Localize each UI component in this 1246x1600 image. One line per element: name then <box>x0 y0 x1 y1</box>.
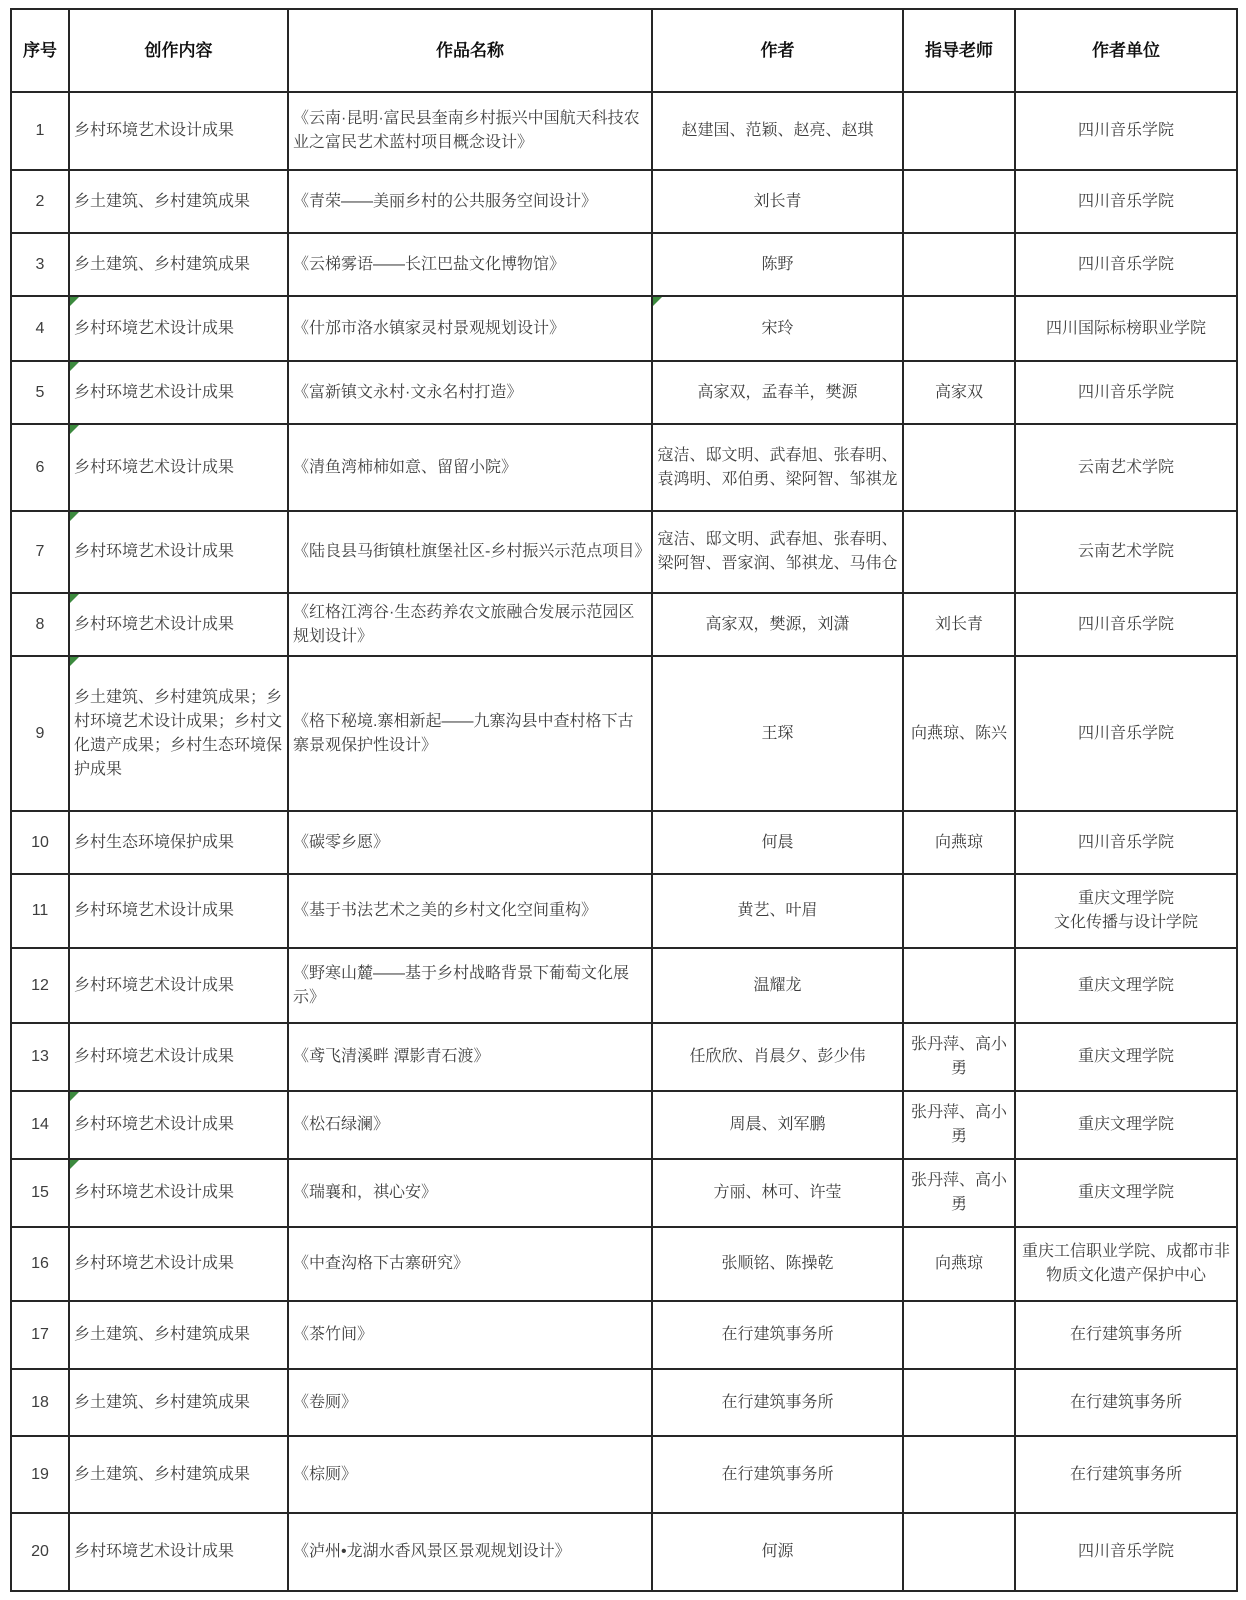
cell-unit: 四川音乐学院 <box>1015 593 1237 656</box>
cell-no: 20 <box>11 1513 69 1591</box>
table-row: 8乡村环境艺术设计成果《红格江湾谷·生态药养农文旅融合发展示范园区规划设计》高家… <box>11 593 1237 656</box>
cell-text: 乡土建筑、乡村建筑成果；乡村环境艺术设计成果；乡村文化遗产成果；乡村生态环境保护… <box>74 689 282 778</box>
cell-error-marker-icon <box>70 425 79 434</box>
cell-text: 乡村环境艺术设计成果 <box>74 1184 234 1201</box>
cell-text: 4 <box>36 320 45 337</box>
cell-text: 张丹萍、高小勇 <box>911 1036 1007 1077</box>
cell-title: 《茶竹间》 <box>288 1301 652 1369</box>
cell-advisor: 张丹萍、高小勇 <box>903 1091 1015 1159</box>
cell-advisor <box>903 1436 1015 1513</box>
cell-no: 18 <box>11 1369 69 1436</box>
column-header-unit: 作者单位 <box>1015 9 1237 92</box>
table-row: 18乡土建筑、乡村建筑成果《卷厕》在行建筑事务所在行建筑事务所 <box>11 1369 1237 1436</box>
cell-title: 《基于书法艺术之美的乡村文化空间重构》 <box>288 874 652 948</box>
cell-text: 四川音乐学院 <box>1078 122 1174 139</box>
cell-text: 《什邡市洛水镇家灵村景观规划设计》 <box>293 320 565 337</box>
column-header-content: 创作内容 <box>69 9 288 92</box>
cell-title: 《陆良县马街镇杜旗堡社区-乡村振兴示范点项目》 <box>288 511 652 593</box>
cell-advisor <box>903 170 1015 233</box>
cell-text: 何源 <box>761 1543 793 1560</box>
cell-text: 《碳零乡愿》 <box>293 834 389 851</box>
cell-text: 《云梯雾语——长江巴盐文化博物馆》 <box>293 256 565 273</box>
cell-text: 《格下秘境.寨相新起——九寨沟县中查村格下古寨景观保护性设计》 <box>293 713 633 754</box>
cell-no: 8 <box>11 593 69 656</box>
cell-text: 《卷厕》 <box>293 1394 357 1411</box>
table-row: 15乡村环境艺术设计成果《瑞襄和，祺心安》方丽、林可、许莹张丹萍、高小勇重庆文理… <box>11 1159 1237 1227</box>
cell-text: 12 <box>31 977 49 994</box>
cell-text: 1 <box>36 122 45 139</box>
cell-content: 乡村环境艺术设计成果 <box>69 1091 288 1159</box>
cell-text: 王琛 <box>761 725 793 742</box>
cell-content: 乡土建筑、乡村建筑成果 <box>69 1436 288 1513</box>
cell-text: 2 <box>36 193 45 210</box>
cell-authors: 周晨、刘军鹏 <box>652 1091 903 1159</box>
cell-advisor: 张丹萍、高小勇 <box>903 1023 1015 1091</box>
cell-content: 乡村环境艺术设计成果 <box>69 296 288 361</box>
cell-text: 《泸州•龙湖水香风景区景观规划设计》 <box>293 1543 571 1560</box>
cell-text: 18 <box>31 1394 49 1411</box>
table-row: 20乡村环境艺术设计成果《泸州•龙湖水香风景区景观规划设计》何源四川音乐学院 <box>11 1513 1237 1591</box>
cell-content: 乡土建筑、乡村建筑成果 <box>69 1369 288 1436</box>
cell-advisor: 高家双 <box>903 361 1015 424</box>
cell-unit: 四川国际标榜职业学院 <box>1015 296 1237 361</box>
cell-text: 宋玲 <box>761 320 793 337</box>
cell-text: 四川音乐学院 <box>1078 834 1174 851</box>
cell-title: 《泸州•龙湖水香风景区景观规划设计》 <box>288 1513 652 1591</box>
cell-title: 《棕厕》 <box>288 1436 652 1513</box>
table-row: 7乡村环境艺术设计成果《陆良县马街镇杜旗堡社区-乡村振兴示范点项目》寇洁、邸文明… <box>11 511 1237 593</box>
cell-text: 任欣欣、肖晨夕、彭少伟 <box>689 1048 865 1065</box>
cell-text: 重庆文理学院 <box>1078 1116 1174 1133</box>
cell-text: 高家双，樊源，刘潇 <box>705 616 849 633</box>
cell-text: 四川音乐学院 <box>1078 384 1174 401</box>
cell-text: 乡土建筑、乡村建筑成果 <box>74 1394 250 1411</box>
cell-text: 重庆文理学院 文化传播与设计学院 <box>1054 890 1198 931</box>
cell-title: 《清鱼湾柿柿如意、留留小院》 <box>288 424 652 511</box>
cell-unit: 四川音乐学院 <box>1015 656 1237 811</box>
cell-text: 14 <box>31 1116 49 1133</box>
cell-unit: 四川音乐学院 <box>1015 92 1237 170</box>
cell-title: 《青荣——美丽乡村的公共服务空间设计》 <box>288 170 652 233</box>
cell-text: 四川音乐学院 <box>1078 725 1174 742</box>
cell-advisor: 向燕琼 <box>903 1227 1015 1301</box>
page: 序号创作内容作品名称作者指导老师作者单位 1乡村环境艺术设计成果《云南·昆明·富… <box>0 0 1246 1600</box>
cell-advisor <box>903 874 1015 948</box>
cell-text: 重庆文理学院 <box>1078 1184 1174 1201</box>
cell-no: 2 <box>11 170 69 233</box>
cell-text: 乡土建筑、乡村建筑成果 <box>74 1326 250 1343</box>
cell-advisor <box>903 1301 1015 1369</box>
cell-text: 在行建筑事务所 <box>721 1466 833 1483</box>
cell-text: 向燕琼 <box>935 834 983 851</box>
cell-authors: 在行建筑事务所 <box>652 1436 903 1513</box>
cell-text: 在行建筑事务所 <box>721 1326 833 1343</box>
cell-text: 9 <box>36 725 45 742</box>
cell-no: 7 <box>11 511 69 593</box>
cell-authors: 张顺铭、陈操乾 <box>652 1227 903 1301</box>
cell-text: 刘长青 <box>935 616 983 633</box>
cell-unit: 在行建筑事务所 <box>1015 1369 1237 1436</box>
cell-authors: 王琛 <box>652 656 903 811</box>
cell-no: 3 <box>11 233 69 296</box>
cell-text: 《瑞襄和，祺心安》 <box>293 1184 437 1201</box>
cell-text: 陈野 <box>761 256 793 273</box>
table-row: 6乡村环境艺术设计成果《清鱼湾柿柿如意、留留小院》寇洁、邸文明、武春旭、张春明、… <box>11 424 1237 511</box>
table-row: 13乡村环境艺术设计成果《鸢飞清溪畔 潭影青石渡》任欣欣、肖晨夕、彭少伟张丹萍、… <box>11 1023 1237 1091</box>
cell-text: 在行建筑事务所 <box>1070 1466 1182 1483</box>
cell-content: 乡土建筑、乡村建筑成果 <box>69 170 288 233</box>
table-row: 11乡村环境艺术设计成果《基于书法艺术之美的乡村文化空间重构》黄艺、叶眉重庆文理… <box>11 874 1237 948</box>
cell-text: 《野寒山麓——基于乡村战略背景下葡萄文化展示》 <box>293 965 629 1006</box>
cell-title: 《卷厕》 <box>288 1369 652 1436</box>
cell-error-marker-icon <box>70 362 79 371</box>
cell-text: 13 <box>31 1048 49 1065</box>
cell-advisor: 刘长青 <box>903 593 1015 656</box>
table-row: 17乡土建筑、乡村建筑成果《茶竹间》在行建筑事务所在行建筑事务所 <box>11 1301 1237 1369</box>
cell-text: 黄艺、叶眉 <box>737 902 817 919</box>
cell-text: 乡村生态环境保护成果 <box>74 834 234 851</box>
cell-authors: 宋玲 <box>652 296 903 361</box>
table-row: 2乡土建筑、乡村建筑成果《青荣——美丽乡村的公共服务空间设计》刘长青四川音乐学院 <box>11 170 1237 233</box>
cell-title: 《瑞襄和，祺心安》 <box>288 1159 652 1227</box>
table-row: 4乡村环境艺术设计成果《什邡市洛水镇家灵村景观规划设计》宋玲四川国际标榜职业学院 <box>11 296 1237 361</box>
cell-advisor <box>903 948 1015 1023</box>
cell-text: 《富新镇文永村·文永名村打造》 <box>293 384 522 401</box>
cell-content: 乡村环境艺术设计成果 <box>69 511 288 593</box>
cell-title: 《什邡市洛水镇家灵村景观规划设计》 <box>288 296 652 361</box>
cell-text: 《陆良县马街镇杜旗堡社区-乡村振兴示范点项目》 <box>293 543 650 560</box>
cell-text: 《鸢飞清溪畔 潭影青石渡》 <box>293 1048 489 1065</box>
cell-unit: 四川音乐学院 <box>1015 811 1237 874</box>
cell-text: 20 <box>31 1543 49 1560</box>
cell-no: 17 <box>11 1301 69 1369</box>
cell-no: 10 <box>11 811 69 874</box>
cell-text: 乡村环境艺术设计成果 <box>74 122 234 139</box>
cell-text: 乡村环境艺术设计成果 <box>74 459 234 476</box>
cell-content: 乡土建筑、乡村建筑成果 <box>69 233 288 296</box>
cell-text: 重庆工信职业学院、成都市非物质文化遗产保护中心 <box>1022 1243 1230 1284</box>
cell-unit: 云南艺术学院 <box>1015 424 1237 511</box>
cell-text: 《红格江湾谷·生态药养农文旅融合发展示范园区规划设计》 <box>293 604 634 645</box>
cell-content: 乡村环境艺术设计成果 <box>69 424 288 511</box>
cell-text: 四川音乐学院 <box>1078 256 1174 273</box>
cell-text: 《棕厕》 <box>293 1466 357 1483</box>
cell-advisor <box>903 296 1015 361</box>
cell-no: 16 <box>11 1227 69 1301</box>
cell-no: 12 <box>11 948 69 1023</box>
cell-title: 《鸢飞清溪畔 潭影青石渡》 <box>288 1023 652 1091</box>
works-table: 序号创作内容作品名称作者指导老师作者单位 1乡村环境艺术设计成果《云南·昆明·富… <box>10 8 1238 1592</box>
cell-text: 《清鱼湾柿柿如意、留留小院》 <box>293 459 517 476</box>
cell-error-marker-icon <box>70 657 79 666</box>
cell-advisor <box>903 92 1015 170</box>
cell-unit: 重庆文理学院 <box>1015 1091 1237 1159</box>
cell-content: 乡村生态环境保护成果 <box>69 811 288 874</box>
cell-authors: 方丽、林可、许莹 <box>652 1159 903 1227</box>
cell-text: 高家双，孟春羊，樊源 <box>697 384 857 401</box>
cell-authors: 赵建国、范颖、赵亮、赵琪 <box>652 92 903 170</box>
cell-unit: 四川音乐学院 <box>1015 361 1237 424</box>
cell-title: 《云南·昆明·富民县奎南乡村振兴中国航天科技农业之富民艺术蓝村项目概念设计》 <box>288 92 652 170</box>
cell-content: 乡村环境艺术设计成果 <box>69 1159 288 1227</box>
cell-error-marker-icon <box>70 1160 79 1169</box>
cell-text: 17 <box>31 1326 49 1343</box>
cell-advisor: 向燕琼 <box>903 811 1015 874</box>
cell-text: 重庆文理学院 <box>1078 977 1174 994</box>
cell-authors: 寇洁、邸文明、武春旭、张春明、梁阿智、晋家润、邹祺龙、马伟仓 <box>652 511 903 593</box>
column-header-title: 作品名称 <box>288 9 652 92</box>
cell-error-marker-icon <box>70 297 79 306</box>
cell-title: 《富新镇文永村·文永名村打造》 <box>288 361 652 424</box>
cell-text: 《中查沟格下古寨研究》 <box>293 1255 469 1272</box>
cell-authors: 陈野 <box>652 233 903 296</box>
cell-unit: 重庆文理学院 <box>1015 948 1237 1023</box>
cell-text: 10 <box>31 834 49 851</box>
cell-text: 乡村环境艺术设计成果 <box>74 1048 234 1065</box>
cell-text: 6 <box>36 459 45 476</box>
cell-content: 乡村环境艺术设计成果 <box>69 948 288 1023</box>
cell-no: 19 <box>11 1436 69 1513</box>
cell-unit: 四川音乐学院 <box>1015 233 1237 296</box>
cell-advisor <box>903 233 1015 296</box>
cell-error-marker-icon <box>653 297 662 306</box>
cell-title: 《碳零乡愿》 <box>288 811 652 874</box>
table-row: 14乡村环境艺术设计成果《松石绿澜》周晨、刘军鹏张丹萍、高小勇重庆文理学院 <box>11 1091 1237 1159</box>
cell-text: 《云南·昆明·富民县奎南乡村振兴中国航天科技农业之富民艺术蓝村项目概念设计》 <box>293 110 640 151</box>
cell-content: 乡村环境艺术设计成果 <box>69 1227 288 1301</box>
cell-text: 何晨 <box>761 834 793 851</box>
cell-advisor <box>903 511 1015 593</box>
cell-no: 1 <box>11 92 69 170</box>
table-row: 10乡村生态环境保护成果《碳零乡愿》何晨向燕琼四川音乐学院 <box>11 811 1237 874</box>
cell-text: 15 <box>31 1184 49 1201</box>
cell-authors: 寇洁、邸文明、武春旭、张春明、袁鸿明、邓伯勇、梁阿智、邹祺龙 <box>652 424 903 511</box>
table-body: 1乡村环境艺术设计成果《云南·昆明·富民县奎南乡村振兴中国航天科技农业之富民艺术… <box>11 92 1237 1591</box>
cell-text: 8 <box>36 616 45 633</box>
cell-title: 《中查沟格下古寨研究》 <box>288 1227 652 1301</box>
table-row: 1乡村环境艺术设计成果《云南·昆明·富民县奎南乡村振兴中国航天科技农业之富民艺术… <box>11 92 1237 170</box>
cell-authors: 高家双，樊源，刘潇 <box>652 593 903 656</box>
cell-content: 乡村环境艺术设计成果 <box>69 1513 288 1591</box>
cell-advisor <box>903 1369 1015 1436</box>
cell-text: 《松石绿澜》 <box>293 1116 389 1133</box>
cell-text: 张顺铭、陈操乾 <box>721 1255 833 1272</box>
cell-text: 乡村环境艺术设计成果 <box>74 977 234 994</box>
cell-text: 16 <box>31 1255 49 1272</box>
cell-content: 乡村环境艺术设计成果 <box>69 874 288 948</box>
cell-no: 14 <box>11 1091 69 1159</box>
cell-text: 四川音乐学院 <box>1078 193 1174 210</box>
cell-advisor: 向燕琼、陈兴 <box>903 656 1015 811</box>
cell-error-marker-icon <box>70 594 79 603</box>
cell-error-marker-icon <box>70 1092 79 1101</box>
cell-text: 寇洁、邸文明、武春旭、张春明、袁鸿明、邓伯勇、梁阿智、邹祺龙 <box>657 447 897 488</box>
cell-text: 乡村环境艺术设计成果 <box>74 320 234 337</box>
cell-text: 高家双 <box>935 384 983 401</box>
cell-authors: 何晨 <box>652 811 903 874</box>
cell-no: 13 <box>11 1023 69 1091</box>
cell-text: 刘长青 <box>753 193 801 210</box>
cell-text: 寇洁、邸文明、武春旭、张春明、梁阿智、晋家润、邹祺龙、马伟仓 <box>657 531 897 572</box>
table-row: 3乡土建筑、乡村建筑成果《云梯雾语——长江巴盐文化博物馆》陈野四川音乐学院 <box>11 233 1237 296</box>
cell-text: 四川音乐学院 <box>1078 1543 1174 1560</box>
cell-unit: 重庆文理学院 <box>1015 1023 1237 1091</box>
cell-content: 乡土建筑、乡村建筑成果 <box>69 1301 288 1369</box>
cell-authors: 刘长青 <box>652 170 903 233</box>
cell-text: 赵建国、范颖、赵亮、赵琪 <box>681 122 873 139</box>
cell-text: 5 <box>36 384 45 401</box>
cell-text: 在行建筑事务所 <box>1070 1394 1182 1411</box>
cell-text: 乡村环境艺术设计成果 <box>74 1543 234 1560</box>
cell-text: 云南艺术学院 <box>1078 543 1174 560</box>
cell-no: 9 <box>11 656 69 811</box>
cell-authors: 任欣欣、肖晨夕、彭少伟 <box>652 1023 903 1091</box>
cell-text: 云南艺术学院 <box>1078 459 1174 476</box>
cell-advisor <box>903 424 1015 511</box>
cell-title: 《云梯雾语——长江巴盐文化博物馆》 <box>288 233 652 296</box>
cell-error-marker-icon <box>70 512 79 521</box>
cell-no: 4 <box>11 296 69 361</box>
column-header-no: 序号 <box>11 9 69 92</box>
cell-advisor <box>903 1513 1015 1591</box>
cell-text: 《青荣——美丽乡村的公共服务空间设计》 <box>293 193 597 210</box>
cell-content: 乡村环境艺术设计成果 <box>69 361 288 424</box>
column-header-advisor: 指导老师 <box>903 9 1015 92</box>
cell-text: 7 <box>36 543 45 560</box>
cell-title: 《松石绿澜》 <box>288 1091 652 1159</box>
cell-text: 乡土建筑、乡村建筑成果 <box>74 1466 250 1483</box>
cell-text: 在行建筑事务所 <box>1070 1326 1182 1343</box>
cell-text: 四川音乐学院 <box>1078 616 1174 633</box>
header-row: 序号创作内容作品名称作者指导老师作者单位 <box>11 9 1237 92</box>
table-header: 序号创作内容作品名称作者指导老师作者单位 <box>11 9 1237 92</box>
cell-text: 向燕琼、陈兴 <box>911 725 1007 742</box>
cell-text: 乡土建筑、乡村建筑成果 <box>74 256 250 273</box>
cell-text: 《茶竹间》 <box>293 1326 373 1343</box>
cell-authors: 温耀龙 <box>652 948 903 1023</box>
cell-text: 张丹萍、高小勇 <box>911 1104 1007 1145</box>
cell-text: 乡村环境艺术设计成果 <box>74 616 234 633</box>
cell-title: 《格下秘境.寨相新起——九寨沟县中查村格下古寨景观保护性设计》 <box>288 656 652 811</box>
cell-content: 乡村环境艺术设计成果 <box>69 593 288 656</box>
cell-text: 乡村环境艺术设计成果 <box>74 543 234 560</box>
cell-authors: 何源 <box>652 1513 903 1591</box>
cell-text: 乡村环境艺术设计成果 <box>74 384 234 401</box>
table-row: 16乡村环境艺术设计成果《中查沟格下古寨研究》张顺铭、陈操乾向燕琼重庆工信职业学… <box>11 1227 1237 1301</box>
cell-text: 乡村环境艺术设计成果 <box>74 1116 234 1133</box>
cell-no: 6 <box>11 424 69 511</box>
table-row: 12乡村环境艺术设计成果《野寒山麓——基于乡村战略背景下葡萄文化展示》温耀龙重庆… <box>11 948 1237 1023</box>
cell-text: 重庆文理学院 <box>1078 1048 1174 1065</box>
cell-title: 《红格江湾谷·生态药养农文旅融合发展示范园区规划设计》 <box>288 593 652 656</box>
table-row: 9乡土建筑、乡村建筑成果；乡村环境艺术设计成果；乡村文化遗产成果；乡村生态环境保… <box>11 656 1237 811</box>
cell-content: 乡村环境艺术设计成果 <box>69 1023 288 1091</box>
cell-unit: 四川音乐学院 <box>1015 170 1237 233</box>
cell-text: 《基于书法艺术之美的乡村文化空间重构》 <box>293 902 597 919</box>
cell-text: 乡村环境艺术设计成果 <box>74 1255 234 1272</box>
cell-unit: 在行建筑事务所 <box>1015 1436 1237 1513</box>
cell-text: 乡土建筑、乡村建筑成果 <box>74 193 250 210</box>
cell-text: 四川国际标榜职业学院 <box>1046 320 1206 337</box>
cell-no: 15 <box>11 1159 69 1227</box>
table-row: 19乡土建筑、乡村建筑成果《棕厕》在行建筑事务所在行建筑事务所 <box>11 1436 1237 1513</box>
cell-unit: 四川音乐学院 <box>1015 1513 1237 1591</box>
cell-text: 19 <box>31 1466 49 1483</box>
cell-text: 方丽、林可、许莹 <box>713 1184 841 1201</box>
cell-text: 温耀龙 <box>753 977 801 994</box>
cell-text: 乡村环境艺术设计成果 <box>74 902 234 919</box>
cell-title: 《野寒山麓——基于乡村战略背景下葡萄文化展示》 <box>288 948 652 1023</box>
table-row: 5乡村环境艺术设计成果《富新镇文永村·文永名村打造》高家双，孟春羊，樊源高家双四… <box>11 361 1237 424</box>
cell-authors: 高家双，孟春羊，樊源 <box>652 361 903 424</box>
cell-unit: 在行建筑事务所 <box>1015 1301 1237 1369</box>
column-header-authors: 作者 <box>652 9 903 92</box>
cell-authors: 黄艺、叶眉 <box>652 874 903 948</box>
cell-text: 3 <box>36 256 45 273</box>
cell-unit: 云南艺术学院 <box>1015 511 1237 593</box>
cell-text: 向燕琼 <box>935 1255 983 1272</box>
cell-content: 乡村环境艺术设计成果 <box>69 92 288 170</box>
cell-no: 11 <box>11 874 69 948</box>
cell-no: 5 <box>11 361 69 424</box>
cell-text: 张丹萍、高小勇 <box>911 1172 1007 1213</box>
cell-text: 在行建筑事务所 <box>721 1394 833 1411</box>
cell-advisor: 张丹萍、高小勇 <box>903 1159 1015 1227</box>
cell-content: 乡土建筑、乡村建筑成果；乡村环境艺术设计成果；乡村文化遗产成果；乡村生态环境保护… <box>69 656 288 811</box>
cell-authors: 在行建筑事务所 <box>652 1301 903 1369</box>
cell-text: 11 <box>32 902 49 919</box>
cell-unit: 重庆文理学院 文化传播与设计学院 <box>1015 874 1237 948</box>
cell-authors: 在行建筑事务所 <box>652 1369 903 1436</box>
cell-text: 周晨、刘军鹏 <box>729 1116 825 1133</box>
cell-unit: 重庆工信职业学院、成都市非物质文化遗产保护中心 <box>1015 1227 1237 1301</box>
cell-unit: 重庆文理学院 <box>1015 1159 1237 1227</box>
